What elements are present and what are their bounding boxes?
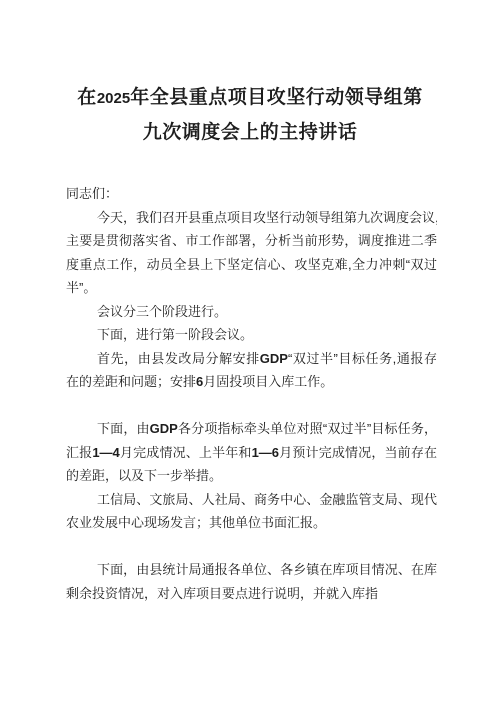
text-run: 下面，由县统计局通报各单位、各乡镇在库项目情况、在库 [97,562,437,577]
text-run: 月完成情况、上半年和 [120,445,252,460]
text-run: 汇报 [66,445,92,460]
bold-text-run: GDP [150,421,178,436]
text-line: 半”。 [66,276,437,300]
text-run: 月预计完成情况，当前存在 [279,445,437,460]
text-line: 在的差距和问题；安排6月固投项目入库工作。 [66,370,437,394]
text-run: 月固投项目入库工作。 [203,374,333,389]
text-line: 下面，由GDP各分项指标牵头单位对照“双过半”目标任务， [66,417,437,441]
text-line: 会议分三个阶段进行。 [66,300,437,324]
text-run: 首先，由县发改局分解安排 [97,351,260,366]
text-line: 农业发展中心现场发言；其他单位书面汇报。 [66,511,437,535]
text-run: 度重点工作，动员全县上下坚定信心、攻坚克难,全力冲刺“双过 [66,257,437,272]
blank-line [66,535,437,559]
text-run: 下面，进行第一阶段会议。 [97,327,253,342]
text-line: 下面，进行第一阶段会议。 [66,323,437,347]
document-page: 在2025年全县重点项目攻坚行动领导组第九次调度会上的主持讲话 同志们：今天，我… [0,0,500,707]
text-line: 汇报1—4月完成情况、上半年和1—6月预计完成情况，当前存在 [66,441,437,465]
text-line: 剩余投资情况，对入库项目要点进行说明，并就入库指 [66,582,437,606]
document-body: 同志们：今天，我们召开县重点项目攻坚行动领导组第九次调度会议，主要是贯彻落实省、… [66,182,437,605]
text-run: 在的差距和问题；安排 [66,374,196,389]
text-line: 下面，由县统计局通报各单位、各乡镇在库项目情况、在库 [66,558,437,582]
bold-text-run: 1—6 [252,445,279,460]
text-run: 工信局、文旅局、人社局、商务中心、金融监管支局、现代 [97,492,437,507]
text-run: 农业发展中心现场发言；其他单位书面汇报。 [66,515,326,530]
blank-line [66,394,437,418]
text-run: 在 [77,87,97,108]
text-run: 下面，由 [97,421,150,436]
text-run: 各分项指标牵头单位对照“双过半”目标任务， [178,421,437,436]
text-run: 会议分三个阶段进行。 [97,304,227,319]
text-line: 工信局、文旅局、人社局、商务中心、金融监管支局、现代 [66,488,437,512]
text-run: 半”。 [66,280,96,295]
text-run: “双过半”目标任务,通报存 [288,351,437,366]
bold-text-run: GDP [260,351,288,366]
text-line: 今天，我们召开县重点项目攻坚行动领导组第九次调度会议， [66,206,437,230]
title-line: 在2025年全县重点项目攻坚行动领导组第 [40,80,460,115]
text-line: 主要是贯彻落实省、市工作部署，分析当前形势，调度推进二季 [66,229,437,253]
numeric-text-run: 2025 [97,90,130,107]
text-run: 剩余投资情况，对入库项目要点进行说明，并就入库指 [66,586,378,601]
text-line: 同志们： [66,182,437,206]
text-run: 九次调度会上的主持讲话 [143,122,358,143]
title-line: 九次调度会上的主持讲话 [40,115,460,150]
document-title: 在2025年全县重点项目攻坚行动领导组第九次调度会上的主持讲话 [40,80,460,150]
text-run: 年全县重点项目攻坚行动领导组第 [130,87,423,108]
text-run: 的差距，以及下一步举措。 [66,468,222,483]
text-line: 的差距，以及下一步举措。 [66,464,437,488]
text-line: 度重点工作，动员全县上下坚定信心、攻坚克难,全力冲刺“双过 [66,253,437,277]
text-run: 主要是贯彻落实省、市工作部署，分析当前形势，调度推进二季 [66,233,437,248]
text-run: 同志们： [66,186,118,201]
bold-text-run: 1—4 [92,445,119,460]
text-line: 首先，由县发改局分解安排GDP“双过半”目标任务,通报存 [66,347,437,371]
text-run: 今天，我们召开县重点项目攻坚行动领导组第九次调度会议， [97,210,437,225]
